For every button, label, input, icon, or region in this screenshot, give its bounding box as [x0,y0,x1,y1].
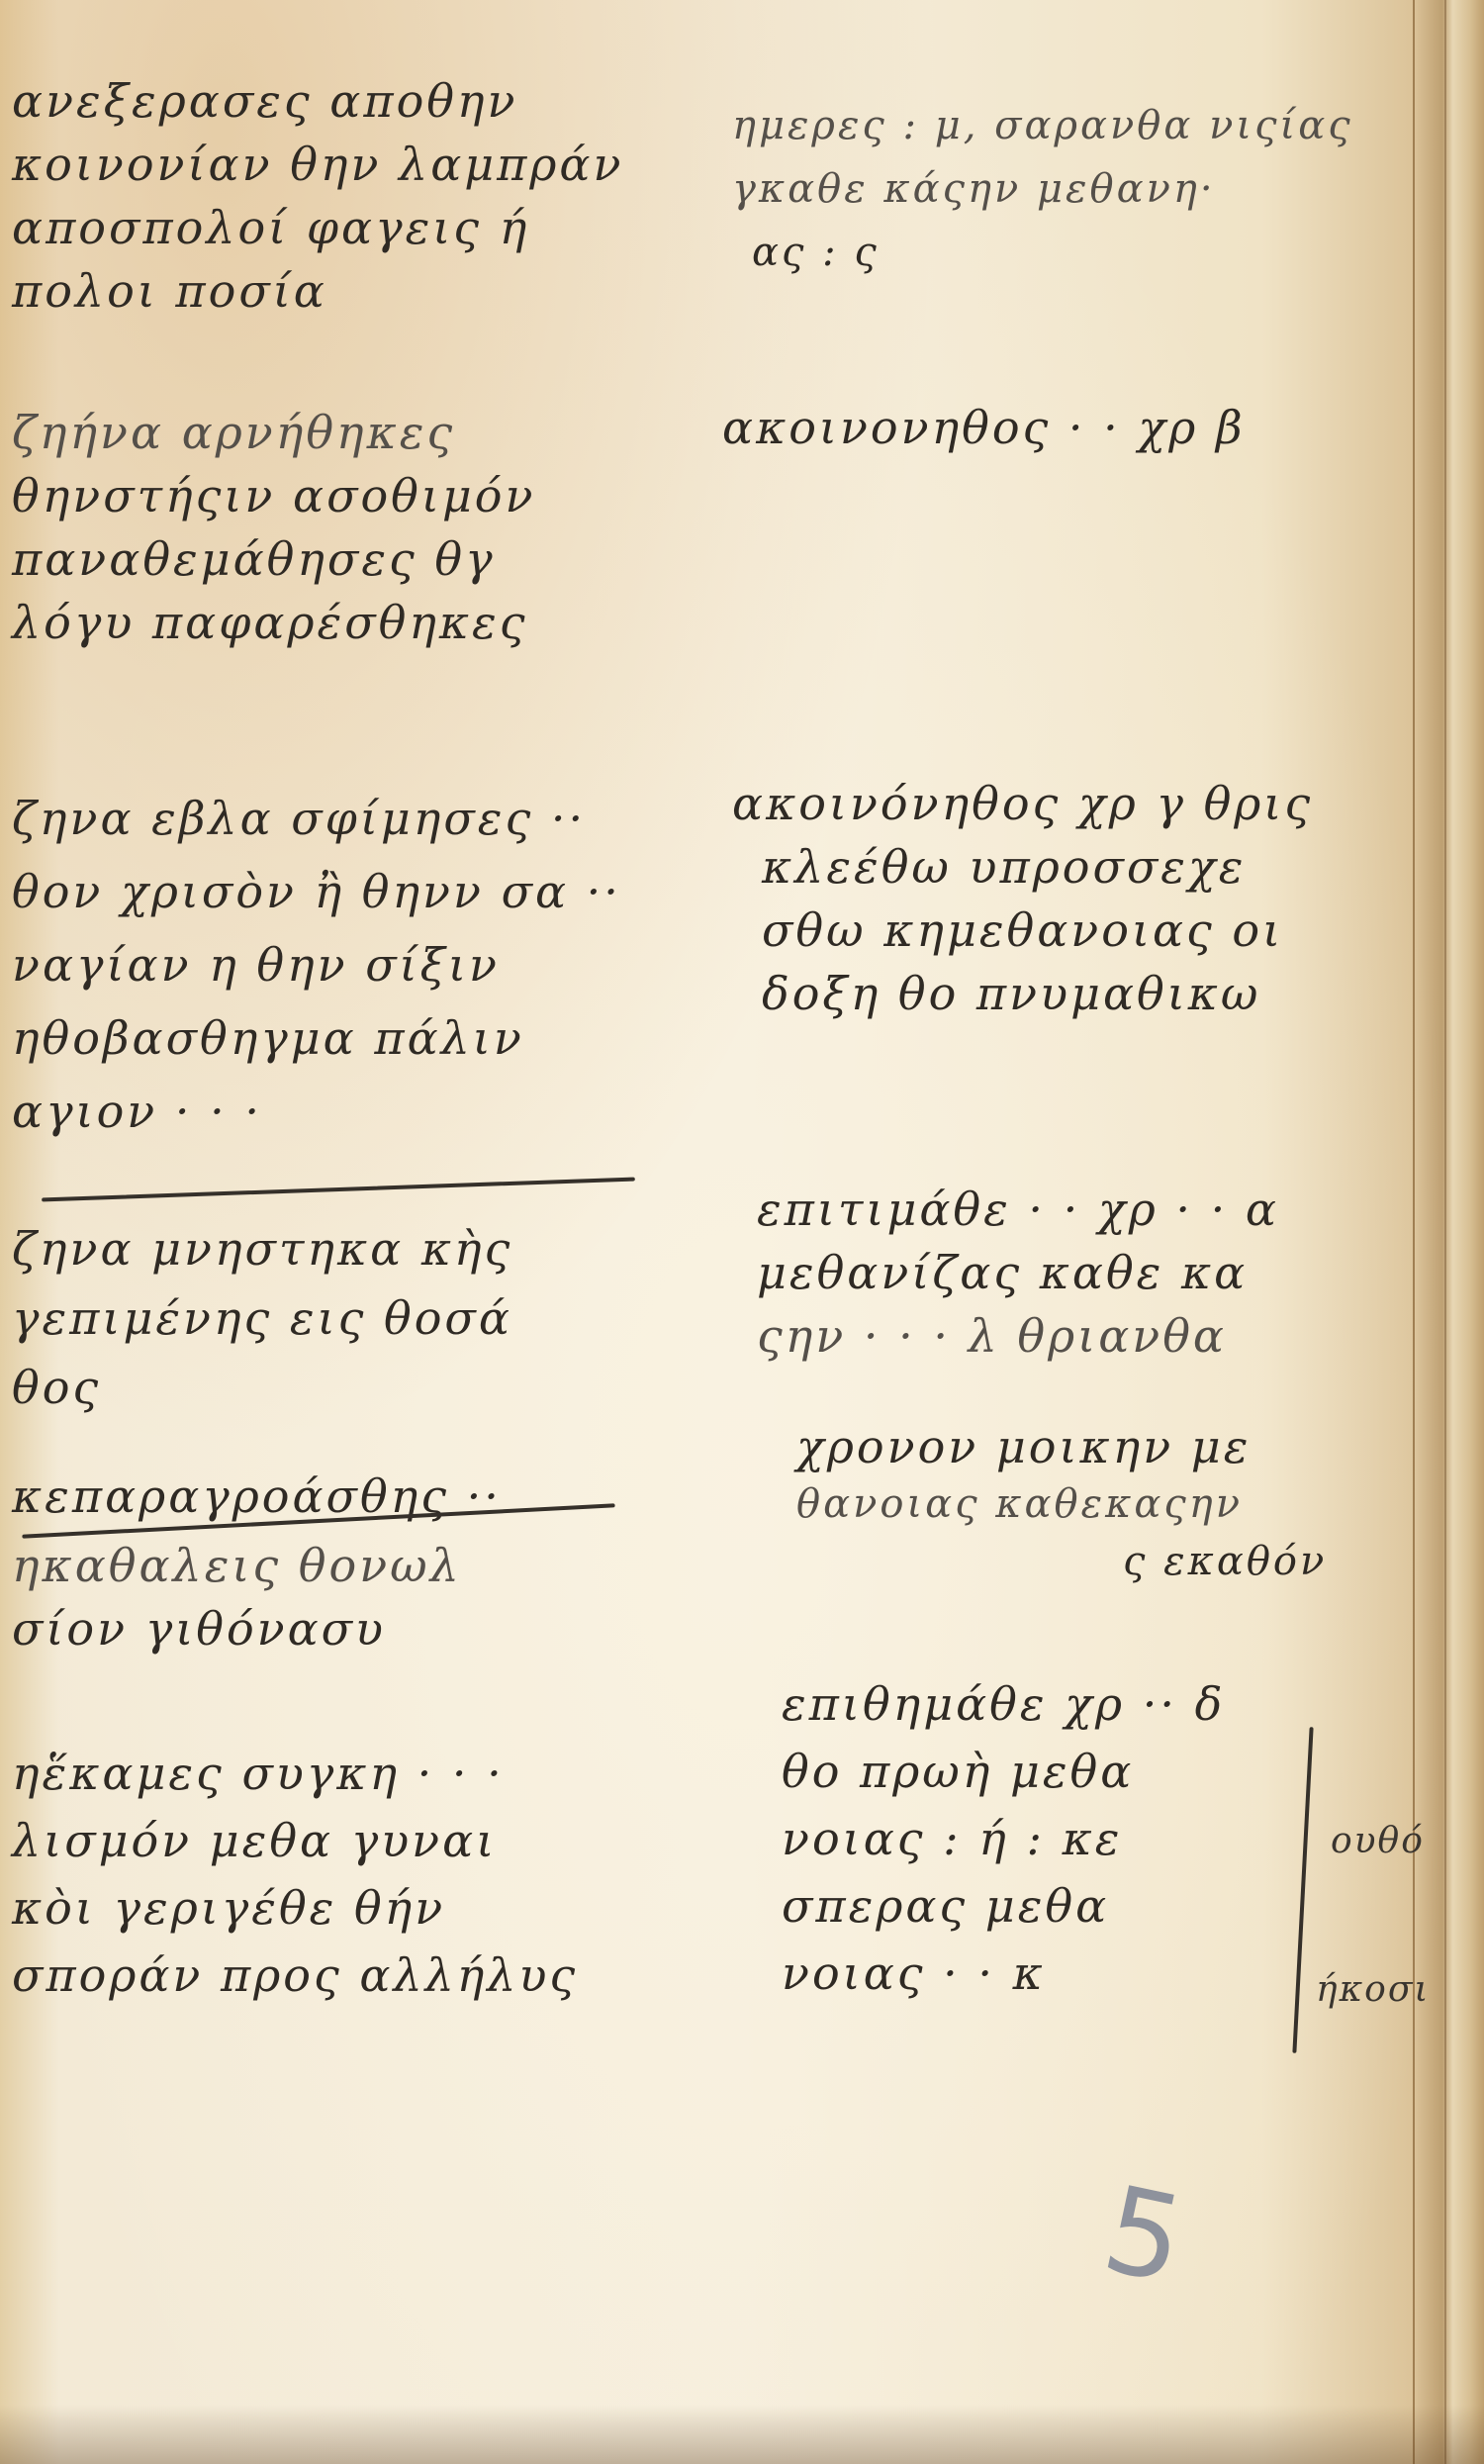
text-line: ανεξερασες αποθην [12,69,623,133]
page-shadow [0,2405,1484,2464]
entry-r5: χρονον μοικην με θανοιας καθεκαςην ς εκα… [796,1415,1327,1593]
entry-r4: επιτιμάθε · · χρ · · α μεθανίζας καθε κα… [757,1178,1279,1368]
text-line: κοινονίαν θην λαμπράν [12,133,623,196]
text-line: νοιας · · κ [782,1942,1225,2005]
text-line: σίον γιθόνασυ [12,1597,502,1660]
page-edge [1413,0,1484,2464]
text-line: νοιας : ή : κε [782,1807,1225,1870]
entry-r6: επιθημάθε χρ ·· δ θο πρωὴ μεθα νοιας : ή… [782,1672,1225,2005]
text-line: επιτιμάθε · · χρ · · α [757,1178,1279,1241]
text-line: ας : ς [732,221,1353,284]
entry-r3: ακοινόνηθος χρ γ θρις κλεέθω υπροσσεχε σ… [732,772,1313,1025]
text-line: ζηήνα αρνήθηκες [12,401,535,464]
text-line: ηἕκαμες συγκη · · · [12,1742,578,1805]
text-line: μεθανίζας καθε κα [757,1241,1279,1304]
entry-r1: ημερες : μ, σαρανθα νιςίας γκαθε κάςην μ… [732,94,1353,284]
text-line: πολοι ποσία [12,259,623,323]
text-line: σποράν προς αλλήλυς [12,1943,578,2007]
text-line: σθω κημεθανοιας οι [732,899,1313,962]
text-line: γκαθε κάςην μεθανη· [732,157,1353,221]
bracket-line [1292,1727,1313,2053]
text-line: θο πρωὴ μεθα [782,1740,1225,1803]
text-line: χρονον μοικην με [796,1415,1327,1478]
text-line: ζηνα εβλα σφίμησες ·· [12,787,621,850]
text-line: δοξη θο πνυμαθικω [732,962,1313,1025]
text-line: ημερες : μ, σαρανθα νιςίας [732,94,1353,157]
text-line: αγιον · · · [12,1080,621,1143]
text-line: ηθοβασθηγμα πάλιν [12,1006,621,1070]
folio-number-pencil: 5 [1092,2161,1195,2312]
entry-2: ζηήνα αρνήθηκες θηνστήςιν ασοθιμόν παναθ… [12,401,535,654]
text-line: ακοινόνηθος χρ γ θρις [732,772,1313,835]
text-line: αποσπολοί φαγεις ή [12,196,623,259]
text-line: κεπαραγροάσθης ·· [12,1465,502,1528]
text-line: ςην · · · λ θριανθα [757,1304,1279,1368]
text-line: ακοινονηθος · · χρ β [722,396,1246,459]
entry-5: κεπαραγροάσθης ·· ηκαθαλεις θονωλ σίον γ… [12,1465,502,1660]
text-line: θος [12,1356,512,1419]
text-line: παναθεμάθησες θγ [12,527,535,591]
text-line: θηνστήςιν ασοθιμόν [12,464,535,527]
entry-4: ζηνα μνηστηκα κὴς γεπιμένης εις θοσά θος [12,1217,512,1419]
margin-note: ήκοσι [1316,1969,1431,2010]
entry-r2: ακοινονηθος · · χρ β [722,396,1246,459]
text-line: γεπιμένης εις θοσά [12,1286,512,1350]
text-line: ηκαθαλεις θονωλ [12,1534,502,1597]
margin-note: ουθό [1331,1821,1425,1861]
text-line: λόγυ παφαρέσθηκες [12,591,535,654]
text-line: ς εκαθόν [796,1530,1327,1593]
entry-3: ζηνα εβλα σφίμησες ·· θον χρισὸν ἢ θηνν … [12,787,621,1143]
entry-6: ηἕκαμες συγκη · · · λισμόν μεθα γυναι κὸ… [12,1742,578,2007]
entry-1: ανεξερασες αποθην κοινονίαν θην λαμπράν … [12,69,623,323]
text-line: επιθημάθε χρ ·· δ [782,1672,1225,1736]
text-line: κὸι γεριγέθε θήν [12,1876,578,1940]
text-line: σπερας μεθα [782,1874,1225,1938]
underline-rule [42,1178,635,1202]
text-line: ναγίαν η θην σίξιν [12,933,621,996]
manuscript-page: ανεξερασες αποθην κοινονίαν θην λαμπράν … [0,0,1484,2464]
text-line: κλεέθω υπροσσεχε [732,835,1313,899]
text-line: θον χρισὸν ἢ θηνν σα ·· [12,860,621,923]
text-line: θανοιας καθεκαςην [796,1478,1327,1530]
text-line: λισμόν μεθα γυναι [12,1809,578,1872]
text-line: ζηνα μνηστηκα κὴς [12,1217,512,1280]
